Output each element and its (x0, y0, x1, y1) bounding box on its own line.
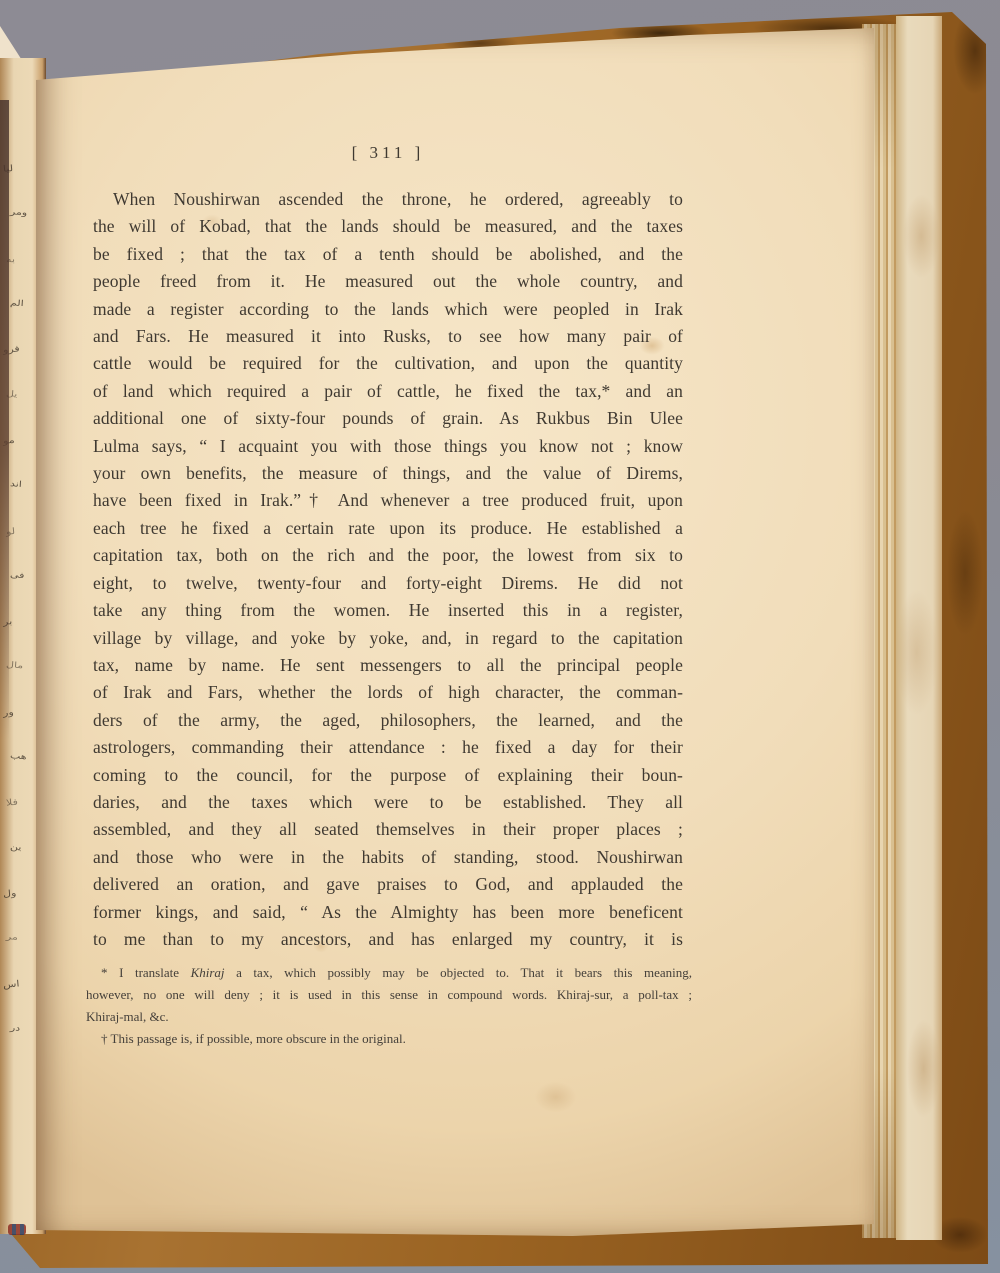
edge-script-glyph: فى (10, 570, 38, 580)
body-line: cattle would be required for the cultiva… (93, 350, 683, 377)
edge-script-glyph: در (10, 1023, 38, 1033)
footnote-text: Khiraj-mal, &c. (86, 1009, 169, 1024)
body-line: your own benefits, the measure of things… (93, 460, 683, 487)
edge-script-glyph: اس (3, 977, 38, 989)
edge-script-glyph: مال (6, 661, 37, 671)
edge-script-glyph: لو (6, 524, 38, 535)
edge-script-glyph: اند (10, 480, 38, 490)
text-block: [ 311 ] When Noushirwan ascended the thr… (93, 140, 683, 1050)
spine-endband (8, 1224, 26, 1235)
edge-script-glyph: فلا (6, 796, 38, 807)
body-line: have been fixed in Irak.”† And whenever … (93, 487, 683, 514)
edge-script-glyph: الم (10, 298, 38, 308)
footnote-line: Khiraj-mal, &c. (86, 1006, 692, 1028)
footnote-text: † This passage is, if possible, more obs… (101, 1031, 406, 1046)
body-line: When Noushirwan ascended the throne, he … (93, 186, 683, 213)
footnote-italic-term: Khiraj (191, 965, 225, 980)
footnote-line: however, no one will deny ; it is used i… (86, 984, 692, 1006)
body-line: of Irak and Fars, whether the lords of h… (93, 679, 683, 706)
fore-edge-vellum-strip (896, 16, 942, 1240)
footnote-text: however, no one will deny ; it is used i… (86, 987, 692, 1002)
body-line: tax, name by name. He sent messengers to… (93, 652, 683, 679)
body-line: be fixed ; that the tax of a tenth shoul… (93, 241, 683, 268)
body-text: When Noushirwan ascended the throne, he … (93, 186, 683, 953)
edge-script-glyph: ين (10, 842, 38, 852)
footnote-line: * I translate Khiraj a tax, which possib… (86, 962, 692, 984)
body-line: daries, and the taxes which were to be e… (93, 789, 683, 816)
body-line: the will of Kobad, that the lands should… (93, 213, 683, 240)
photo-backdrop: لياومربهالمفرويلمواندلوفىبرمالورهبفلاينو… (0, 0, 1000, 1273)
body-line: village by village, and yoke by yoke, an… (93, 625, 683, 652)
body-line: delivered an oration, and gave praises t… (93, 871, 683, 898)
body-line: coming to the council, for the purpose o… (93, 762, 683, 789)
body-line: additional one of sixty-four pounds of g… (93, 405, 683, 432)
body-line: to me than to my ancestors, and has enla… (93, 926, 683, 953)
body-line: made a register according to the lands w… (93, 296, 683, 323)
edge-script-glyph: هب (10, 752, 38, 762)
edge-script-glyph: مر (6, 933, 37, 943)
body-line: capitation tax, both on the rich and the… (93, 542, 683, 569)
body-line: each tree he fixed a certain rate upon i… (93, 515, 683, 542)
gutter-shadow (0, 100, 9, 740)
edge-script-glyph: ومر (10, 208, 38, 218)
body-line: of land which required a pair of cattle,… (93, 378, 683, 405)
body-line: take any thing from the women. He insert… (93, 597, 683, 624)
body-line: people freed from it. He measured out th… (93, 268, 683, 295)
body-line: and Fars. He measured it into Rusks, to … (93, 323, 683, 350)
body-line: and those who were in the habits of stan… (93, 844, 683, 871)
edge-script-glyph: ول (3, 887, 38, 899)
footnotes: * I translate Khiraj a tax, which possib… (86, 962, 692, 1049)
edge-script-glyph: به (6, 252, 38, 263)
edge-script-glyph: يل (6, 389, 37, 399)
body-line: Lulma says, “ I acquaint you with those … (93, 433, 683, 460)
book-page: [ 311 ] When Noushirwan ascended the thr… (36, 28, 874, 1236)
footnote-line: † This passage is, if possible, more obs… (86, 1028, 692, 1050)
footnote-text: a tax, which possibly may be objected to… (225, 965, 692, 980)
body-line: astrologers, commanding their attendance… (93, 734, 683, 761)
body-line: eight, to twelve, twenty-four and forty-… (93, 570, 683, 597)
body-line: assembled, and they all seated themselve… (93, 816, 683, 843)
page-number: [ 311 ] (93, 140, 683, 166)
body-line: former kings, and said, “ As the Almight… (93, 899, 683, 926)
body-line: ders of the army, the aged, philosophers… (93, 707, 683, 734)
footnote-text: * I translate (101, 965, 191, 980)
